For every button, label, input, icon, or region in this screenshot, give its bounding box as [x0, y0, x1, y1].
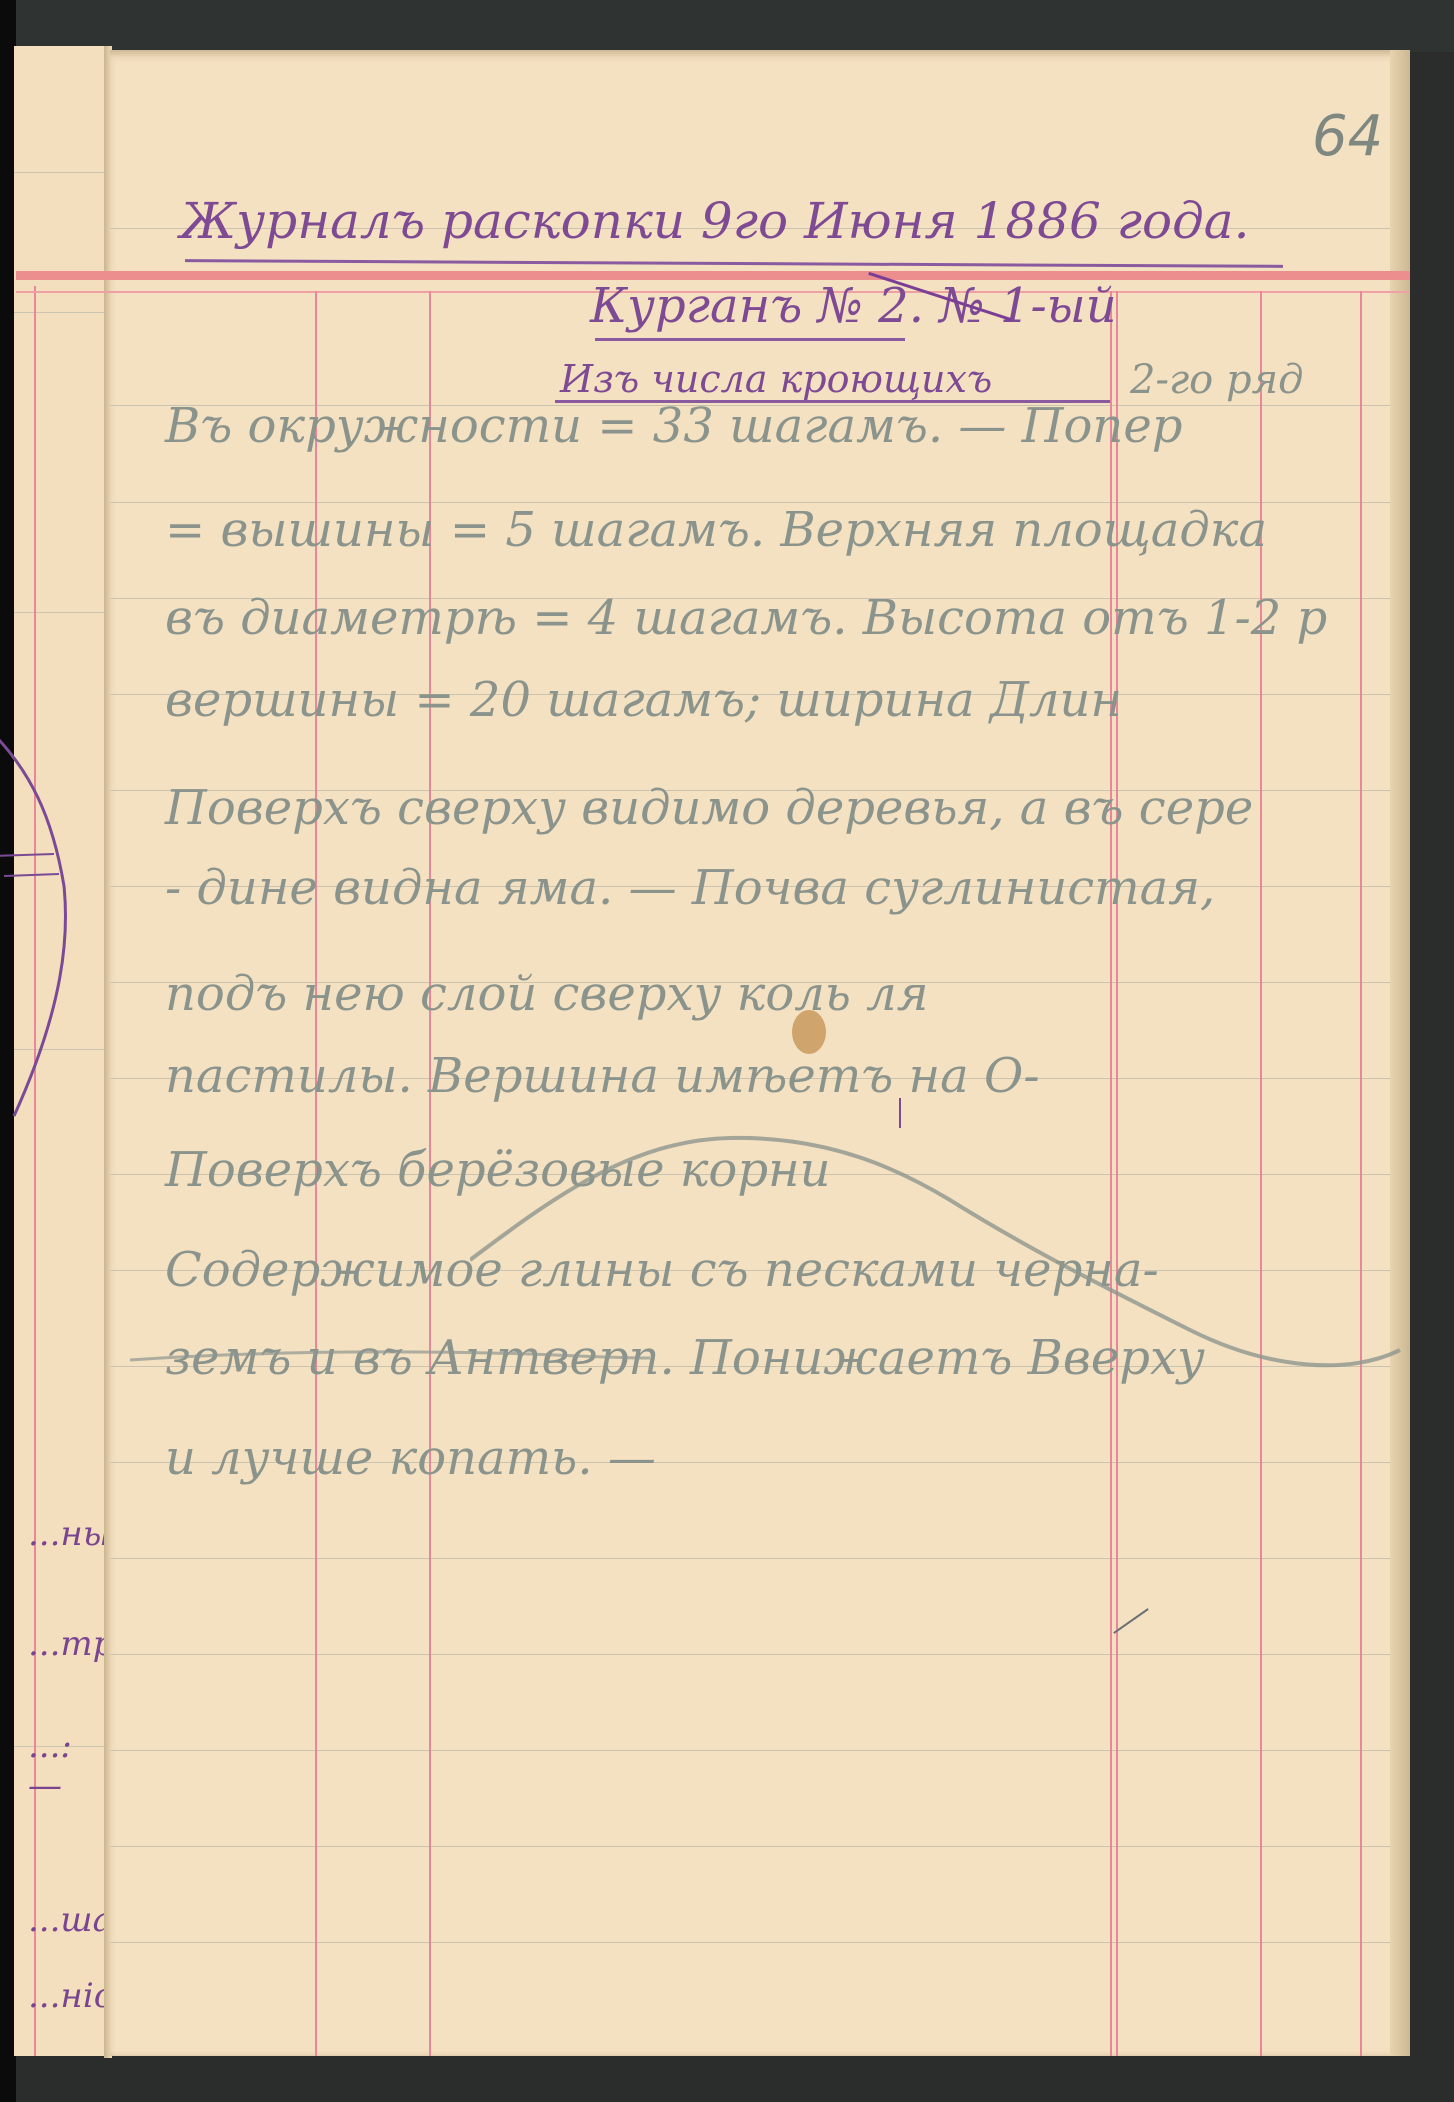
text-line: Въ окружности = 33 шагамъ. — Попер — [165, 402, 1182, 450]
ink-mark — [899, 1098, 901, 1128]
kurgan-underline — [595, 338, 905, 341]
text-line: - дине видна яма. — Почва суглинистая, — [165, 864, 1215, 912]
left-page-note: ...: — — [28, 1726, 108, 1806]
ruling-line — [110, 1942, 1410, 1943]
text-line: въ диаметрѣ = 4 шагамъ. Высота отъ 1-2 р — [165, 594, 1327, 642]
kurgan-heading: Курганъ № 2. № 1-ый — [590, 282, 1117, 330]
ruling-line — [110, 1654, 1410, 1655]
text-line: = вышины = 5 шагамъ. Верхняя площадка — [165, 506, 1267, 554]
purple-sketch-arc-icon — [0, 706, 94, 1126]
subheading: Изъ числа кроющихъ — [560, 360, 992, 398]
pencil-underline-stroke-icon — [130, 1340, 650, 1370]
paper-stain — [792, 1010, 826, 1054]
facing-page-fragment: ...ныо ...тряли: ...: — ...ша. ...ніо. — [14, 46, 110, 2056]
page-edge-stack — [1390, 50, 1410, 2056]
kurgan-prefix: Курганъ — [590, 278, 802, 334]
page-number: 64 — [1312, 104, 1383, 169]
text-line: пастилы. Вершина имѣетъ на О- — [165, 1052, 1040, 1100]
text-line: вершины = 20 шагамъ; ширина Длин — [165, 676, 1122, 724]
ruling-line — [110, 1750, 1410, 1751]
journal-title: Журналъ раскопки 9го Июня 1886 года. — [180, 196, 1249, 246]
book-cover-top — [0, 0, 1454, 52]
ruling-line — [14, 312, 108, 313]
ruling-line — [14, 612, 108, 613]
margin-note: 2-го ряд — [1130, 360, 1303, 400]
text-line: Поверхъ сверху видимо деревья, а въ сере — [165, 784, 1253, 832]
ruling-line — [110, 1558, 1410, 1559]
text-line: и лучше копать. — — [165, 1434, 656, 1482]
ruling-line — [14, 172, 108, 173]
ruling-line — [110, 1846, 1410, 1847]
